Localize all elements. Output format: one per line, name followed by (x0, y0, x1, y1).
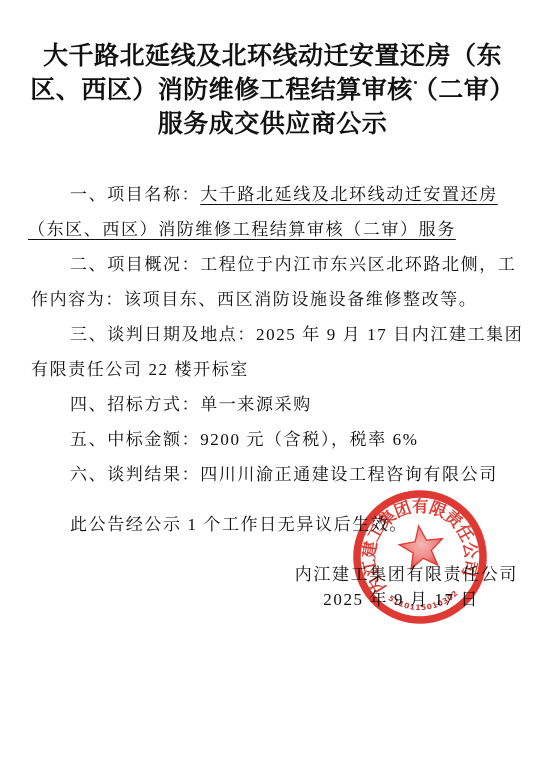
item-project-overview-line2: 作内容为：该项目东、西区消防设施设备维修整改等。 (31, 282, 514, 317)
scan-speck (414, 81, 417, 84)
item-negotiation-date-line1: 三、谈判日期及地点：2025 年 9 月 17 日内江建工集团 (31, 317, 514, 352)
closing-statement: 此公告经公示 1 个工作日无异议后生效。 (31, 507, 514, 542)
item-negotiation-result: 六、谈判结果：四川川渝正通建设工程咨询有限公司 (31, 457, 514, 492)
notice-title: 大千路北延线及北环线动迁安置还房（东 区、西区）消防维修工程结算审核（二审） 服… (20, 40, 525, 142)
title-line-2: 区、西区）消防维修工程结算审核（二审） (20, 74, 525, 108)
item-project-name-line2: （东区、西区）消防维修工程结算审核（二审）服务 (28, 212, 514, 247)
item-project-overview-line1: 二、项目概况：工程位于内江市东兴区北环路北侧，工 (31, 247, 514, 282)
title-line-1: 大千路北延线及北环线动迁安置还房（东 (20, 40, 525, 74)
title-line-3: 服务成交供应商公示 (20, 108, 525, 142)
signature-date: 2025 年 9 月 17 日 (31, 585, 479, 615)
project-name-underlined-1: 大千路北延线及北环线动迁安置还房 (200, 185, 498, 204)
item-bidding-method: 四、招标方式：单一来源采购 (31, 387, 514, 422)
item-negotiation-date-line2: 有限责任公司 22 楼开标室 (31, 352, 514, 387)
project-name-underlined-2: （东区、西区）消防维修工程结算审核（二审）服务 (28, 220, 456, 239)
item-award-amount: 五、中标金额：9200 元（含税），税率 6% (31, 422, 514, 457)
notice-document-page: 大千路北延线及北环线动迁安置还房（东 区、西区）消防维修工程结算审核（二审） 服… (0, 0, 545, 762)
notice-body: 一、项目名称：大千路北延线及北环线动迁安置还房 （东区、西区）消防维修工程结算审… (31, 177, 514, 542)
item-project-name-label: 一、项目名称： (70, 185, 200, 204)
item-project-name-line1: 一、项目名称：大千路北延线及北环线动迁安置还房 (31, 177, 514, 212)
